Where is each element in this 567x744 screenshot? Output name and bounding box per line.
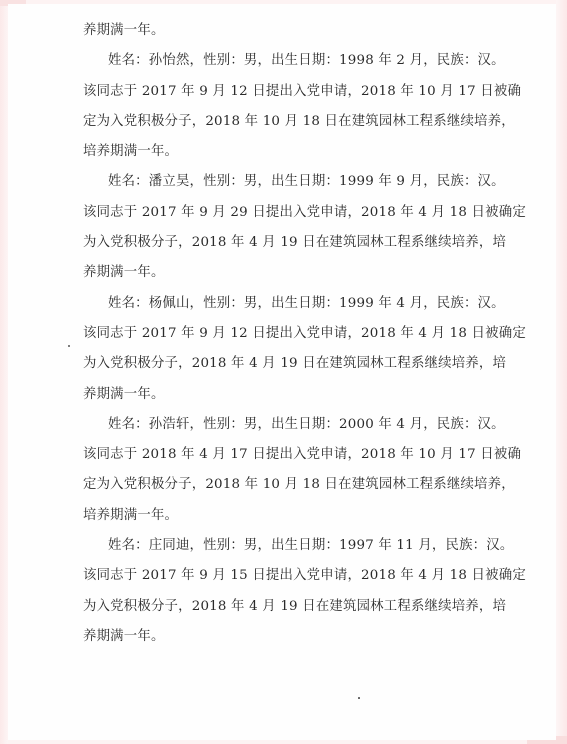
text-line: 姓名：庄同迪，性别：男，出生日期：1997 年 11 月，民族：汉。 [83, 531, 461, 561]
text-line: 养期满一年。 [83, 258, 461, 288]
text-line: 该同志于 2018 年 4 月 17 日提出入党申请，2018 年 10 月 1… [83, 440, 461, 470]
text-line: 该同志于 2017 年 9 月 12 日提出入党申请，2018 年 10 月 1… [83, 77, 461, 107]
scan-speck [358, 697, 360, 699]
document-body: 养期满一年。 姓名：孙怡然，性别：男，出生日期：1998 年 2 月，民族：汉。… [83, 16, 461, 652]
text-line: 该同志于 2017 年 9 月 29 日提出入党申请，2018 年 4 月 18… [83, 198, 461, 228]
scan-edge-left [0, 0, 8, 744]
text-line: 为入党积极分子，2018 年 4 月 19 日在建筑园林工程系继续培养，培 [83, 228, 461, 258]
text-line: 培养期满一年。 [83, 137, 461, 167]
text-line: 为入党积极分子，2018 年 4 月 19 日在建筑园林工程系继续培养，培 [83, 349, 461, 379]
text-line: 定为入党积极分子，2018 年 10 月 18 日在建筑园林工程系继续培养， [83, 470, 461, 500]
text-line: 姓名：杨佩山，性别：男，出生日期：1999 年 4 月，民族：汉。 [83, 289, 461, 319]
text-line: 该同志于 2017 年 9 月 15 日提出入党申请，2018 年 4 月 18… [83, 561, 461, 591]
scan-speck [68, 345, 70, 347]
text-line: 培养期满一年。 [83, 501, 461, 531]
text-line: 定为入党积极分子，2018 年 10 月 18 日在建筑园林工程系继续培养， [83, 107, 461, 137]
text-line: 养期满一年。 [83, 380, 461, 410]
text-line: 姓名：孙怡然，性别：男，出生日期：1998 年 2 月，民族：汉。 [83, 46, 461, 76]
text-line: 姓名：潘立昊，性别：男，出生日期：1999 年 9 月，民族：汉。 [83, 167, 461, 197]
scan-edge-right [556, 0, 567, 744]
text-line: 为入党积极分子，2018 年 4 月 19 日在建筑园林工程系继续培养，培 [83, 592, 461, 622]
text-line: 养期满一年。 [83, 16, 461, 46]
text-line: 养期满一年。 [83, 622, 461, 652]
text-line: 该同志于 2017 年 9 月 12 日提出入党申请，2018 年 4 月 18… [83, 319, 461, 349]
text-line: 姓名：孙浩轩，性别：男，出生日期：2000 年 4 月，民族：汉。 [83, 410, 461, 440]
